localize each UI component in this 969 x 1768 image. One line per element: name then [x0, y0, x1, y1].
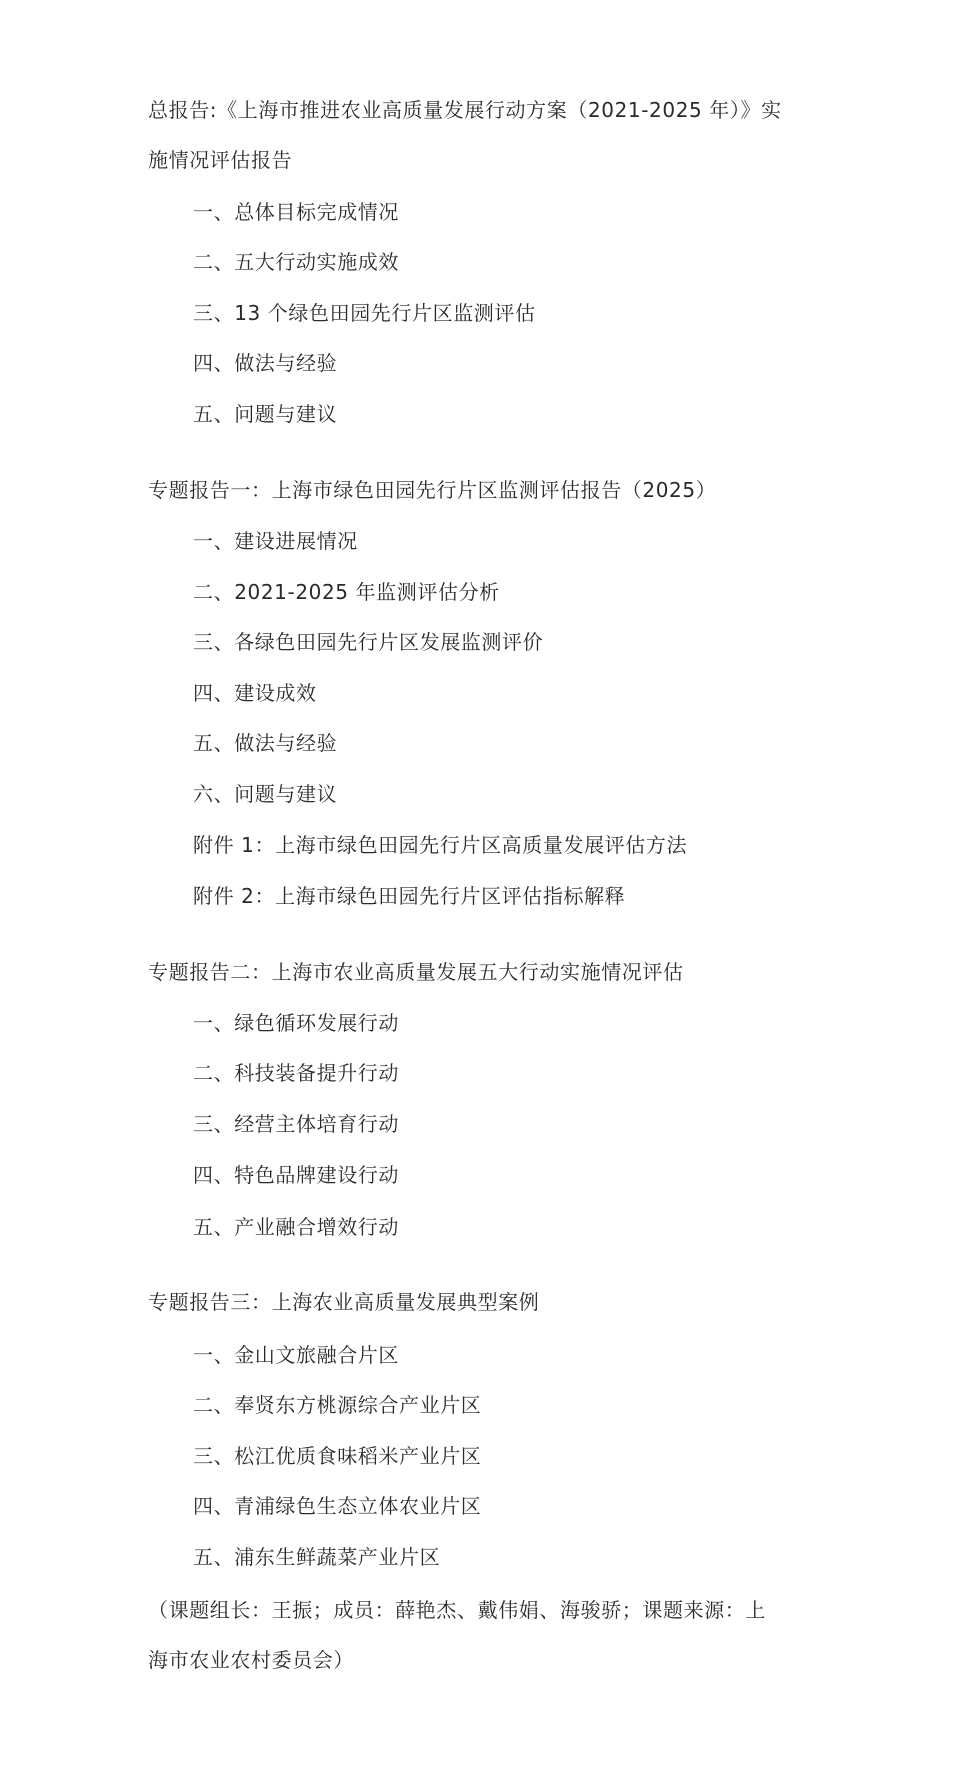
- special-report-1-item: 六、问题与建议: [193, 780, 337, 808]
- special-report-1-item: 四、建设成效: [193, 679, 317, 707]
- special-report-2-item: 四、特色品牌建设行动: [193, 1161, 399, 1189]
- general-report-title-line2: 施情况评估报告: [148, 146, 292, 174]
- credits-line1: （课题组长：王振；成员：薛艳杰、戴伟娟、海骏骄；课题来源：上: [148, 1596, 766, 1624]
- special-report-1-item: 三、各绿色田园先行片区发展监测评价: [193, 628, 543, 656]
- general-report-item: 五、问题与建议: [193, 400, 337, 428]
- special-report-1-item: 一、建设进展情况: [193, 527, 358, 555]
- special-report-3-item: 一、金山文旅融合片区: [193, 1341, 399, 1369]
- special-report-2-item: 五、产业融合增效行动: [193, 1213, 399, 1241]
- general-report-item: 四、做法与经验: [193, 349, 337, 377]
- special-report-1-item: 二、2021-2025 年监测评估分析: [193, 578, 500, 606]
- special-report-2-item: 一、绿色循环发展行动: [193, 1009, 399, 1037]
- special-report-2-item: 二、科技装备提升行动: [193, 1059, 399, 1087]
- general-report-item: 二、五大行动实施成效: [193, 248, 399, 276]
- special-report-1-title: 专题报告一：上海市绿色田园先行片区监测评估报告（2025）: [148, 476, 716, 504]
- special-report-1-appendix: 附件 1：上海市绿色田园先行片区高质量发展评估方法: [193, 831, 687, 859]
- general-report-item: 三、13 个绿色田园先行片区监测评估: [193, 299, 536, 327]
- special-report-1-appendix: 附件 2：上海市绿色田园先行片区评估指标解释: [193, 882, 625, 910]
- special-report-2-item: 三、经营主体培育行动: [193, 1110, 399, 1138]
- special-report-3-item: 四、青浦绿色生态立体农业片区: [193, 1492, 481, 1520]
- special-report-1-item: 五、做法与经验: [193, 729, 337, 757]
- special-report-2-title: 专题报告二：上海市农业高质量发展五大行动实施情况评估: [148, 958, 684, 986]
- special-report-3-item: 三、松江优质食味稻米产业片区: [193, 1442, 481, 1470]
- credits-line2: 海市农业农村委员会）: [148, 1646, 354, 1674]
- special-report-3-title: 专题报告三：上海农业高质量发展典型案例: [148, 1288, 539, 1316]
- general-report-title-line1: 总报告:《上海市推进农业高质量发展行动方案（2021-2025 年）》实: [148, 96, 782, 124]
- special-report-3-item: 二、奉贤东方桃源综合产业片区: [193, 1391, 481, 1419]
- special-report-3-item: 五、浦东生鲜蔬菜产业片区: [193, 1543, 440, 1571]
- general-report-item: 一、总体目标完成情况: [193, 198, 399, 226]
- document-page: 总报告:《上海市推进农业高质量发展行动方案（2021-2025 年）》实 施情况…: [0, 0, 969, 1768]
